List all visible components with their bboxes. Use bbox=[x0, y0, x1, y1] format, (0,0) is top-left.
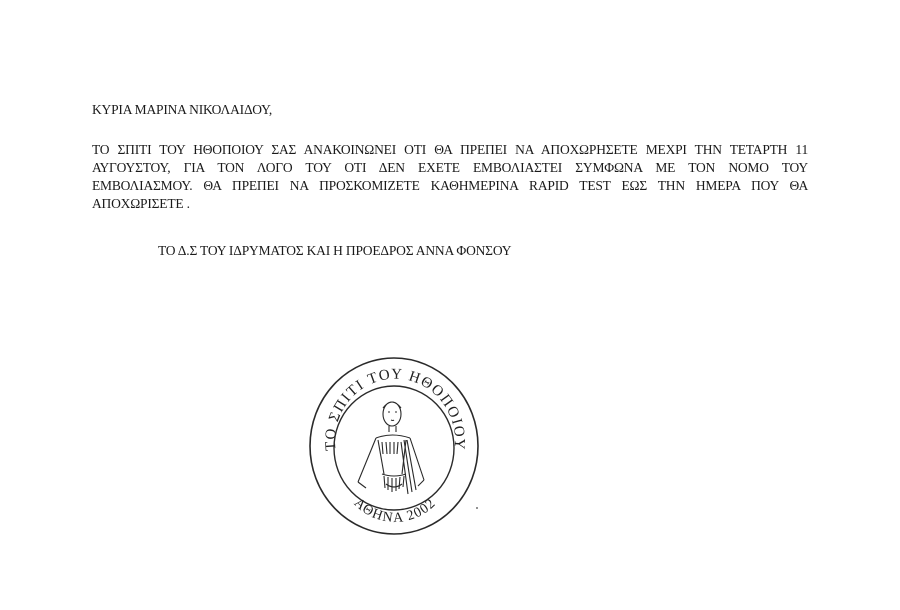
seal-bottom-text: ΑΘΗΝΑ 2002 bbox=[351, 496, 439, 526]
notice-body: ΤΟ ΣΠΙΤΙ ΤΟΥ ΗΘΟΠΟΙΟΥ ΣΑΣ ΑΝΑΚΟΙΝΩΝΕΙ ΟΤ… bbox=[92, 141, 808, 213]
body-line: ΤΟ ΣΠΙΤΙ ΤΟΥ ΗΘΟΠΟΙΟΥ ΣΑΣ ΑΝΑΚΟΙΝΩΝΕΙ ΟΤ… bbox=[92, 141, 808, 159]
salutation: ΚΥΡΙΑ ΜΑΡΙΝΑ ΝΙΚΟΛΑΙΔΟΥ, bbox=[92, 102, 272, 118]
body-line: ΕΜΒΟΛΙΑΣΜΟΥ. ΘΑ ΠΡΕΠΕΙ ΝΑ ΠΡΟΣΚΟΜΙΖΕΤΕ Κ… bbox=[92, 177, 808, 195]
actress-figure-icon bbox=[358, 402, 424, 494]
body-line: ΑΥΓΟΥΣΤΟΥ, ΓΙΑ ΤΟΝ ΛΟΓΟ ΤΟΥ ΟΤΙ ΔΕΝ ΕΧΕΤ… bbox=[92, 159, 808, 177]
body-line: ΑΠΟΧΩΡΙΣΕΤΕ . bbox=[92, 195, 808, 213]
signature: ΤΟ Δ.Σ ΤΟΥ ΙΔΡΥΜΑΤΟΣ ΚΑΙ Η ΠΡΟΕΔΡΟΣ ΑΝΝΑ… bbox=[158, 243, 511, 259]
document-page: ΚΥΡΙΑ ΜΑΡΙΝΑ ΝΙΚΟΛΑΙΔΟΥ, ΤΟ ΣΠΙΤΙ ΤΟΥ ΗΘ… bbox=[0, 0, 900, 610]
seal-top-text: ΤΟ ΣΠΙΤΙ ΤΟΥ ΗΘΟΠΟΙΟΥ bbox=[323, 367, 467, 452]
organization-seal: ΤΟ ΣΠΙΤΙ ΤΟΥ ΗΘΟΠΟΙΟΥ ΑΘΗΝΑ 2002 bbox=[306, 352, 482, 540]
